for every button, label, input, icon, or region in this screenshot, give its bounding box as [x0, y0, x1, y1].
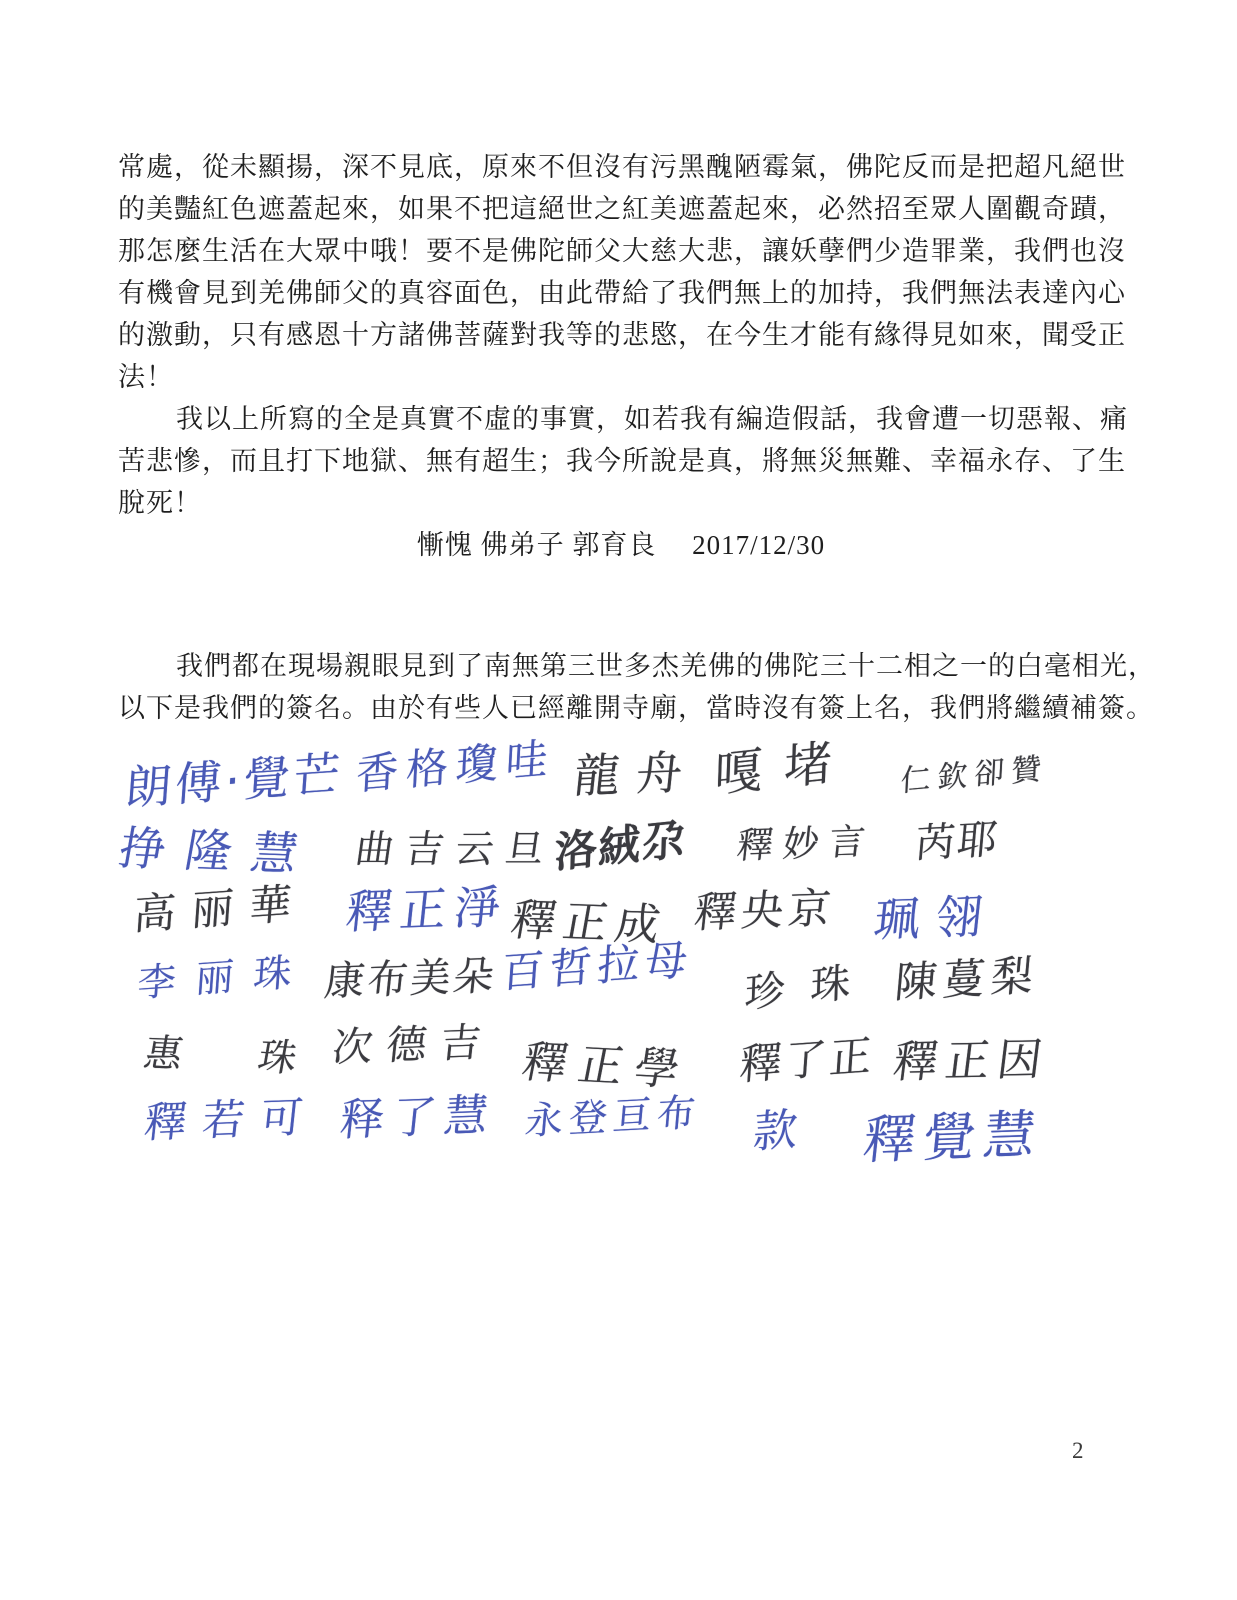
- signature: 嘎堵: [714, 721, 856, 805]
- signature: 李丽珠: [136, 940, 313, 1008]
- signature: 永登亘布: [523, 1081, 704, 1146]
- attestation-line: 慚愧 佛弟子 郭育良 2017/12/30: [118, 524, 1124, 566]
- signature: 百哲拉母: [500, 927, 696, 1001]
- document-page: 常處，從未顯揚，深不見底，原來不但沒有污黑醜陋霉氣，佛陀反而是把超凡絕世 的美豔…: [0, 0, 1237, 1600]
- signature: 釋正淨: [343, 870, 512, 942]
- signature: 釋若可: [142, 1084, 322, 1150]
- signature: 香格瓊哇: [355, 725, 557, 803]
- signature: 釋正成: [507, 884, 674, 953]
- text-line: 苦悲慘，而且打下地獄、無有超生；我今所說是真，將無災無難、幸福永存、了生: [118, 440, 1124, 482]
- page-number: 2: [1072, 1438, 1084, 1464]
- signature: 芮耶: [913, 808, 1002, 870]
- signature: 曲吉云旦: [352, 818, 560, 873]
- text-line: 我們都在現場親眼見到了南無第三世多杰羌佛的佛陀三十二相之一的白毫相光，: [118, 645, 1124, 687]
- signature: 釋正因: [890, 1023, 1054, 1090]
- signature: 洛絨尕: [554, 806, 687, 880]
- signature: 釋了正: [738, 1023, 877, 1093]
- text-line: 常處，從未顯揚，深不見底，原來不但沒有污黑醜陋霉氣，佛陀反而是把超凡絕世: [118, 146, 1124, 188]
- text-line: 有機會見到羌佛師父的真容面色，由此帶給了我們無上的加持，我們無法表達內心: [118, 272, 1124, 314]
- signature: 龍舟: [571, 736, 702, 807]
- text-line: 脫死！: [118, 482, 1124, 524]
- signature: 仁欽卻贊: [900, 743, 1050, 800]
- testimony-text-block: 常處，從未顯揚，深不見底，原來不但沒有污黑醜陋霉氣，佛陀反而是把超凡絕世 的美豔…: [118, 146, 1124, 566]
- signature: 款: [751, 1093, 799, 1161]
- text-line: 的激動，只有感恩十方諸佛菩薩對我等的悲愍，在今生才能有緣得見如來，聞受正: [118, 314, 1124, 356]
- text-line: 我以上所寫的全是真實不虛的事實，如若我有編造假話，我會遭一切惡報、痛: [118, 398, 1124, 440]
- text-line: 法！: [118, 356, 1124, 398]
- signature: 高丽華: [132, 870, 310, 943]
- signature: 康布美朵: [322, 944, 500, 1007]
- text-line: 的美豔紅色遮蓋起來，如果不把這絕世之紅美遮蓋起來，必然招至眾人圍觀奇蹟，: [118, 188, 1124, 230]
- signature: 釋覺慧: [860, 1092, 1048, 1174]
- signature: 釋妙言: [735, 813, 878, 869]
- witness-statement-block: 我們都在現場親眼見到了南無第三世多杰羌佛的佛陀三十二相之一的白毫相光， 以下是我…: [118, 645, 1124, 729]
- signature: 惠珠: [140, 1022, 378, 1085]
- signature: 释了慧: [337, 1079, 500, 1149]
- signature: 陳蔓梨: [893, 942, 1042, 1010]
- signature: 朗傅·覺芒: [123, 737, 346, 819]
- signature: 次德吉: [330, 1010, 498, 1073]
- text-line: 那怎麼生活在大眾中哦！要不是佛陀師父大慈大悲，讓妖孽們少造罪業，我們也沒: [118, 230, 1124, 272]
- signature: 珍珠: [744, 948, 877, 1019]
- signature: 釋正學: [518, 1026, 698, 1098]
- text-line: 以下是我們的簽名。由於有些人已經離開寺廟，當時沒有簽上名，我們將繼續補簽。: [118, 687, 1124, 729]
- signature: 珮翎: [871, 880, 1002, 951]
- signature: 釋央京: [692, 875, 839, 940]
- signature: 挣隆慧: [114, 812, 323, 885]
